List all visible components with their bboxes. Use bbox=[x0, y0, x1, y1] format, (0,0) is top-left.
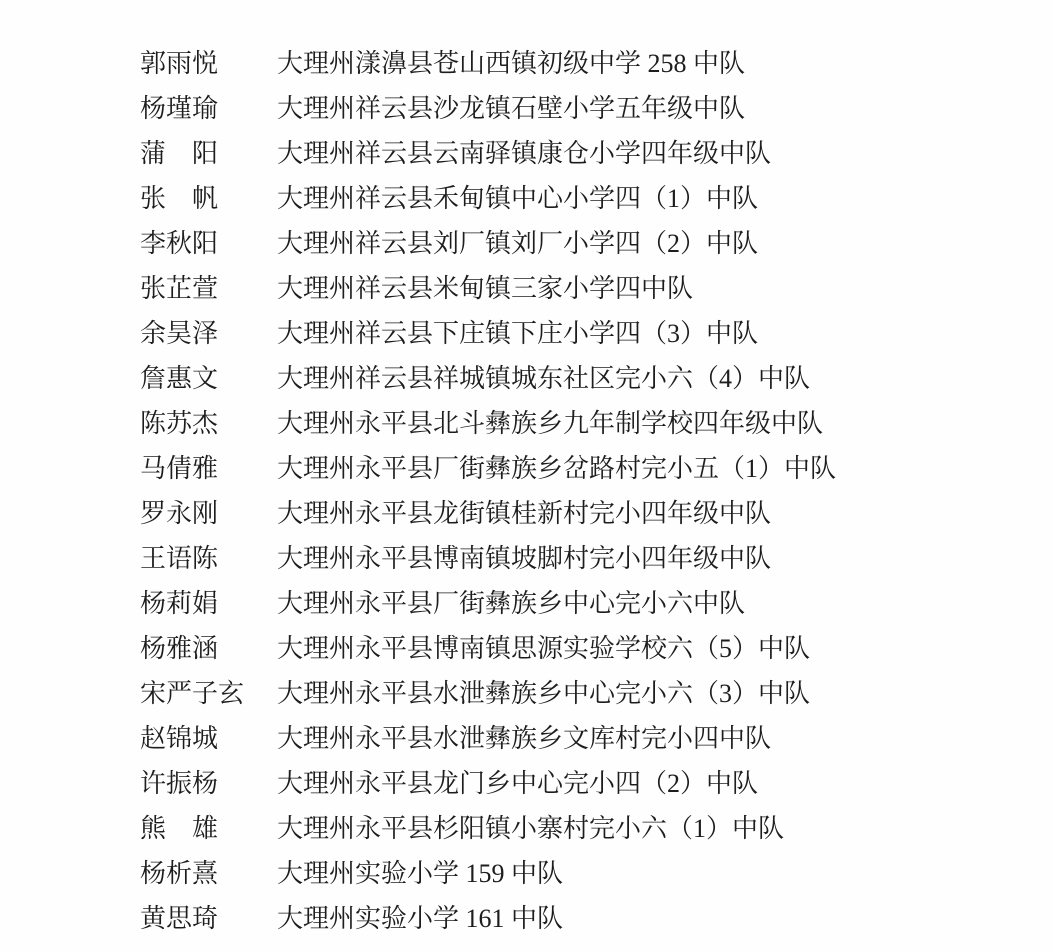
school-unit: 大理州永平县厂街彝族乡中心完小六中队 bbox=[277, 581, 1053, 626]
document-page: 郭雨悦 大理州漾濞县苍山西镇初级中学 258 中队 杨瑾瑜 大理州祥云县沙龙镇石… bbox=[0, 0, 1053, 952]
student-name: 余昊泽 bbox=[140, 311, 277, 356]
school-unit: 大理州永平县博南镇思源实验学校六（5）中队 bbox=[277, 626, 1053, 671]
school-unit: 大理州实验小学 159 中队 bbox=[277, 851, 1053, 896]
school-unit: 大理州永平县水泄彝族乡文库村完小四中队 bbox=[277, 716, 1053, 761]
student-name: 陈苏杰 bbox=[140, 401, 277, 446]
student-name: 杨瑾瑜 bbox=[140, 86, 277, 131]
student-name: 蒲 阳 bbox=[140, 131, 277, 176]
school-unit: 大理州永平县龙门乡中心完小四（2）中队 bbox=[277, 761, 1053, 806]
school-unit: 大理州祥云县刘厂镇刘厂小学四（2）中队 bbox=[277, 221, 1053, 266]
table-row: 陈苏杰 大理州永平县北斗彝族乡九年制学校四年级中队 bbox=[0, 401, 1053, 446]
school-unit: 大理州实验小学 161 中队 bbox=[277, 896, 1053, 941]
table-row: 杨雅涵 大理州永平县博南镇思源实验学校六（5）中队 bbox=[0, 626, 1053, 671]
table-row: 张 帆 大理州祥云县禾甸镇中心小学四（1）中队 bbox=[0, 176, 1053, 221]
school-unit: 大理州永平县水泄彝族乡中心完小六（3）中队 bbox=[277, 671, 1053, 716]
student-name: 杨莉娟 bbox=[140, 581, 277, 626]
student-name: 杨析熹 bbox=[140, 851, 277, 896]
student-name: 罗永刚 bbox=[140, 491, 277, 536]
table-row: 杨莉娟 大理州永平县厂街彝族乡中心完小六中队 bbox=[0, 581, 1053, 626]
school-unit: 大理州祥云县沙龙镇石壁小学五年级中队 bbox=[277, 86, 1053, 131]
table-row: 杨析熹 大理州实验小学 159 中队 bbox=[0, 851, 1053, 896]
student-name: 马倩雅 bbox=[140, 446, 277, 491]
table-row: 郭雨悦 大理州漾濞县苍山西镇初级中学 258 中队 bbox=[0, 41, 1053, 86]
school-unit: 大理州祥云县祥城镇城东社区完小六（4）中队 bbox=[277, 356, 1053, 401]
student-name: 王语陈 bbox=[140, 536, 277, 581]
school-unit: 大理州祥云县禾甸镇中心小学四（1）中队 bbox=[277, 176, 1053, 221]
student-name: 张芷萱 bbox=[140, 266, 277, 311]
table-row: 熊 雄 大理州永平县杉阳镇小寨村完小六（1）中队 bbox=[0, 806, 1053, 851]
school-unit: 大理州永平县厂街彝族乡岔路村完小五（1）中队 bbox=[277, 446, 1053, 491]
school-unit: 大理州永平县北斗彝族乡九年制学校四年级中队 bbox=[277, 401, 1053, 446]
table-row: 许振杨 大理州永平县龙门乡中心完小四（2）中队 bbox=[0, 761, 1053, 806]
table-row: 赵锦城 大理州永平县水泄彝族乡文库村完小四中队 bbox=[0, 716, 1053, 761]
student-name: 宋严子玄 bbox=[140, 671, 277, 716]
school-unit: 大理州祥云县云南驿镇康仓小学四年级中队 bbox=[277, 131, 1053, 176]
table-row: 罗永刚 大理州永平县龙街镇桂新村完小四年级中队 bbox=[0, 491, 1053, 536]
table-row: 马倩雅 大理州永平县厂街彝族乡岔路村完小五（1）中队 bbox=[0, 446, 1053, 491]
student-name: 张 帆 bbox=[140, 176, 277, 221]
table-row: 余昊泽 大理州祥云县下庄镇下庄小学四（3）中队 bbox=[0, 311, 1053, 356]
student-name: 杨雅涵 bbox=[140, 626, 277, 671]
school-unit: 大理州永平县杉阳镇小寨村完小六（1）中队 bbox=[277, 806, 1053, 851]
table-row: 黄思琦 大理州实验小学 161 中队 bbox=[0, 896, 1053, 941]
table-row: 詹惠文 大理州祥云县祥城镇城东社区完小六（4）中队 bbox=[0, 356, 1053, 401]
table-row: 张芷萱 大理州祥云县米甸镇三家小学四中队 bbox=[0, 266, 1053, 311]
student-name: 许振杨 bbox=[140, 761, 277, 806]
student-name: 赵锦城 bbox=[140, 716, 277, 761]
student-name: 詹惠文 bbox=[140, 356, 277, 401]
school-unit: 大理州祥云县下庄镇下庄小学四（3）中队 bbox=[277, 311, 1053, 356]
student-name: 黄思琦 bbox=[140, 896, 277, 941]
student-name: 李秋阳 bbox=[140, 221, 277, 266]
table-row: 李秋阳 大理州祥云县刘厂镇刘厂小学四（2）中队 bbox=[0, 221, 1053, 266]
table-row: 蒲 阳 大理州祥云县云南驿镇康仓小学四年级中队 bbox=[0, 131, 1053, 176]
student-name: 熊 雄 bbox=[140, 806, 277, 851]
school-unit: 大理州永平县龙街镇桂新村完小四年级中队 bbox=[277, 491, 1053, 536]
roster-list: 郭雨悦 大理州漾濞县苍山西镇初级中学 258 中队 杨瑾瑜 大理州祥云县沙龙镇石… bbox=[0, 41, 1053, 941]
table-row: 王语陈 大理州永平县博南镇坡脚村完小四年级中队 bbox=[0, 536, 1053, 581]
table-row: 宋严子玄 大理州永平县水泄彝族乡中心完小六（3）中队 bbox=[0, 671, 1053, 716]
school-unit: 大理州永平县博南镇坡脚村完小四年级中队 bbox=[277, 536, 1053, 581]
school-unit: 大理州漾濞县苍山西镇初级中学 258 中队 bbox=[277, 41, 1053, 86]
school-unit: 大理州祥云县米甸镇三家小学四中队 bbox=[277, 266, 1053, 311]
table-row: 杨瑾瑜 大理州祥云县沙龙镇石壁小学五年级中队 bbox=[0, 86, 1053, 131]
student-name: 郭雨悦 bbox=[140, 41, 277, 86]
